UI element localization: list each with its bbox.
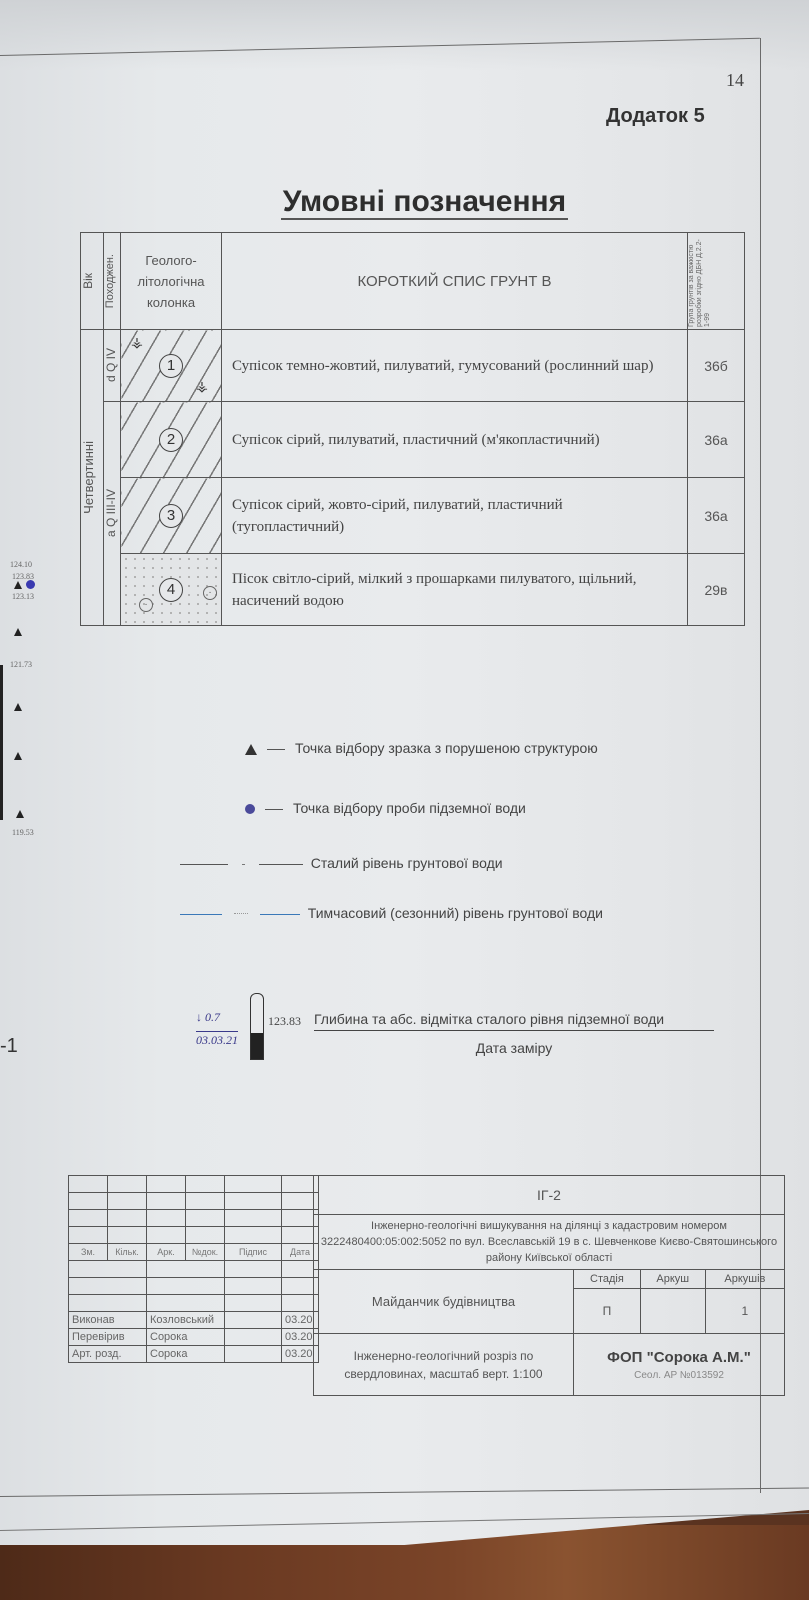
- origin-value: a Q III-IV: [104, 489, 118, 537]
- borehole-icon: [250, 993, 264, 1060]
- drawing-code: ІГ-2: [314, 1176, 785, 1215]
- legend-item-water-sample: Точка відбору проби підземної води: [245, 800, 526, 816]
- blue-dot-icon: [26, 580, 35, 589]
- appendix-label: Додаток 5: [606, 105, 705, 128]
- title-block-revisions: Зм. Кільк. Арк. №док. Підпис Дата Викона…: [68, 1175, 319, 1363]
- water-depth-value: 0.7: [205, 1010, 220, 1024]
- signature-role: Арт. розд.: [69, 1346, 147, 1363]
- legend-label: Тимчасовий (сезонний) рівень грунтової в…: [308, 905, 603, 921]
- signature-role: Виконав: [69, 1312, 147, 1329]
- col-header: Зм.: [69, 1244, 108, 1261]
- dash-separator: [265, 809, 283, 811]
- revision-row: [69, 1193, 319, 1210]
- inclusion-icon: ·: [139, 598, 153, 612]
- layer-number: 2: [159, 428, 183, 452]
- legend-item-temporary-water: Тимчасовий (сезонний) рівень грунтової в…: [180, 905, 603, 921]
- litho-layer-4: · · 4: [121, 554, 222, 626]
- header-geo-column: Геолого- літологічна колонка: [121, 233, 222, 330]
- sheet-header: Аркуш: [640, 1270, 705, 1289]
- temporary-water-line-icon: [180, 914, 222, 916]
- empty-row: [69, 1278, 319, 1295]
- col-header: №док.: [186, 1244, 225, 1261]
- header-geo-line: колонка: [121, 292, 221, 313]
- water-date-caption: Дата заміру: [314, 1040, 714, 1056]
- table-row: a Q III-IV 2 Супісок сірий, пилуватий, п…: [81, 402, 745, 478]
- table-header-row: Вік Походжен. Геолого- літологічна колон…: [81, 233, 745, 330]
- revision-row: [69, 1227, 319, 1244]
- origin-cell: a Q III-IV: [104, 402, 121, 626]
- layer-group: 36а: [688, 402, 745, 478]
- water-depth: ↓ 0.7: [196, 1010, 220, 1025]
- layer-description: Пісок світло-сірий, мілкий з прошарками …: [222, 554, 688, 626]
- revision-row: [69, 1210, 319, 1227]
- borehole-water-fill: [251, 1033, 263, 1059]
- firm-name: ФОП "Сорока А.М.": [607, 1349, 751, 1366]
- layer-group: 36а: [688, 478, 745, 554]
- firm-cell: ФОП "Сорока А.М." Ceoл. AP №013592: [574, 1334, 785, 1396]
- signature-row: Арт. розд. Сорока 03.20: [69, 1346, 319, 1363]
- signature-name: Сорока: [147, 1329, 225, 1346]
- water-absolute-level: 123.83: [268, 1014, 301, 1029]
- signature-cell: [225, 1329, 282, 1346]
- signature-name: Сорока: [147, 1346, 225, 1363]
- legend-item-sample: Точка відбору зразка з порушеною структу…: [245, 740, 598, 756]
- water-measure-date: 03.03.21: [196, 1031, 238, 1048]
- steady-water-line-icon: [259, 864, 303, 866]
- project-description: Інженерно-геологічні вишукування на діля…: [314, 1215, 785, 1270]
- object-name: Майданчик будівництва: [314, 1270, 574, 1334]
- revision-row: [69, 1176, 319, 1193]
- sheet-value: [640, 1289, 705, 1334]
- signature-row: Перевірив Сорока 03.20: [69, 1329, 319, 1346]
- strip-borehole-bar: [0, 665, 3, 820]
- firm-license: Ceoл. AP №013592: [576, 1370, 782, 1381]
- line-dots: [234, 913, 248, 916]
- page-number: 14: [726, 70, 744, 91]
- layer-number: 3: [159, 504, 183, 528]
- header-group-text: Група грунтів за важкістю розробки згідн…: [688, 235, 712, 327]
- empty-row: [69, 1261, 319, 1278]
- age-value: Четвертинні: [81, 441, 96, 514]
- strip-elevation: 123.13: [12, 592, 34, 601]
- signature-cell: [225, 1312, 282, 1329]
- grass-icon: ⚶: [131, 334, 143, 351]
- drawing-title: Інженерно-геологічний розріз по свердлов…: [314, 1334, 574, 1396]
- layer-number: 4: [159, 578, 183, 602]
- header-description: КОРОТКИЙ СПИС ГРУНТ В: [222, 233, 688, 330]
- temporary-water-line-icon: [260, 914, 300, 916]
- page-title: Умовні позначення: [0, 185, 809, 219]
- triangle-icon: [14, 628, 22, 636]
- grass-icon: ⚶: [196, 378, 208, 395]
- title-block-main: ІГ-2 Інженерно-геологічні вишукування на…: [313, 1175, 785, 1396]
- inclusion-icon: ·: [203, 586, 217, 600]
- dash-separator: [267, 749, 285, 751]
- empty-row: [69, 1295, 319, 1312]
- origin-value: d Q IV: [104, 348, 118, 382]
- sheets-header: Аркушів: [705, 1270, 784, 1289]
- layer-description: Супісок темно-жовтий, пилуватий, гумусов…: [222, 330, 688, 402]
- header-age-text: Вік: [81, 273, 95, 289]
- soil-legend-table: Вік Походжен. Геолого- літологічна колон…: [80, 232, 745, 626]
- sheets-value: 1: [705, 1289, 784, 1334]
- blue-dot-icon: [245, 804, 255, 814]
- line-dot: [242, 864, 245, 866]
- triangle-icon: [16, 810, 24, 818]
- triangle-icon: [14, 752, 22, 760]
- water-level-caption: Глибина та абс. відмітка сталого рівня п…: [314, 1011, 714, 1031]
- legend-label: Сталий рівень грунтової води: [311, 855, 503, 871]
- triangle-icon: [245, 744, 257, 755]
- layer-group: 36б: [688, 330, 745, 402]
- signature-cell: [225, 1346, 282, 1363]
- triangle-icon: [14, 581, 22, 589]
- litho-layer-3: 3: [121, 478, 222, 554]
- page-title-text: Умовні позначення: [281, 185, 568, 220]
- col-header: Підпис: [225, 1244, 282, 1261]
- strip-elevation: 121.73: [10, 660, 32, 669]
- revision-header-row: Зм. Кільк. Арк. №док. Підпис Дата: [69, 1244, 319, 1261]
- header-geo-line: Геолого-: [121, 250, 221, 271]
- triangle-icon: [14, 703, 22, 711]
- layer-number: 1: [159, 354, 183, 378]
- strip-label: -1: [0, 1035, 18, 1058]
- col-header: Кільк.: [108, 1244, 147, 1261]
- header-geo-line: літологічна: [121, 271, 221, 292]
- litho-layer-2: 2: [121, 402, 222, 478]
- header-group: Група грунтів за важкістю розробки згідн…: [688, 233, 745, 330]
- strip-elevation: 124.10: [10, 560, 32, 569]
- age-cell: Четвертинні: [81, 330, 104, 626]
- legend-item-steady-water: Сталий рівень грунтової води: [180, 855, 503, 871]
- stage-value: П: [574, 1289, 641, 1334]
- litho-layer-1: ⚶ ⚶ 1: [121, 330, 222, 402]
- legend-label: Точка відбору проби підземної води: [293, 800, 526, 816]
- paper-fold-shadow: [0, 0, 809, 70]
- signature-row: Виконав Козловський 03.20: [69, 1312, 319, 1329]
- legend-label: Точка відбору зразка з порушеною структу…: [295, 740, 598, 756]
- col-header: Арк.: [147, 1244, 186, 1261]
- header-origin: Походжен.: [104, 233, 121, 330]
- table-row: Четвертинні d Q IV ⚶ ⚶ 1 Супісок темно-ж…: [81, 330, 745, 402]
- table-row: · · 4 Пісок світло-сірий, мілкий з проша…: [81, 554, 745, 626]
- signature-role: Перевірив: [69, 1329, 147, 1346]
- stage-header: Стадія: [574, 1270, 641, 1289]
- signature-name: Козловський: [147, 1312, 225, 1329]
- layer-description: Супісок сірий, жовто-сірий, пилуватий, п…: [222, 478, 688, 554]
- layer-group: 29в: [688, 554, 745, 626]
- strip-elevation: 119.53: [12, 828, 34, 837]
- origin-cell: d Q IV: [104, 330, 121, 402]
- steady-water-line-icon: [180, 864, 228, 866]
- header-age: Вік: [81, 233, 104, 330]
- table-row: 3 Супісок сірий, жовто-сірий, пилуватий,…: [81, 478, 745, 554]
- layer-description: Супісок сірий, пилуватий, пластичний (м'…: [222, 402, 688, 478]
- header-origin-text: Походжен.: [104, 254, 116, 308]
